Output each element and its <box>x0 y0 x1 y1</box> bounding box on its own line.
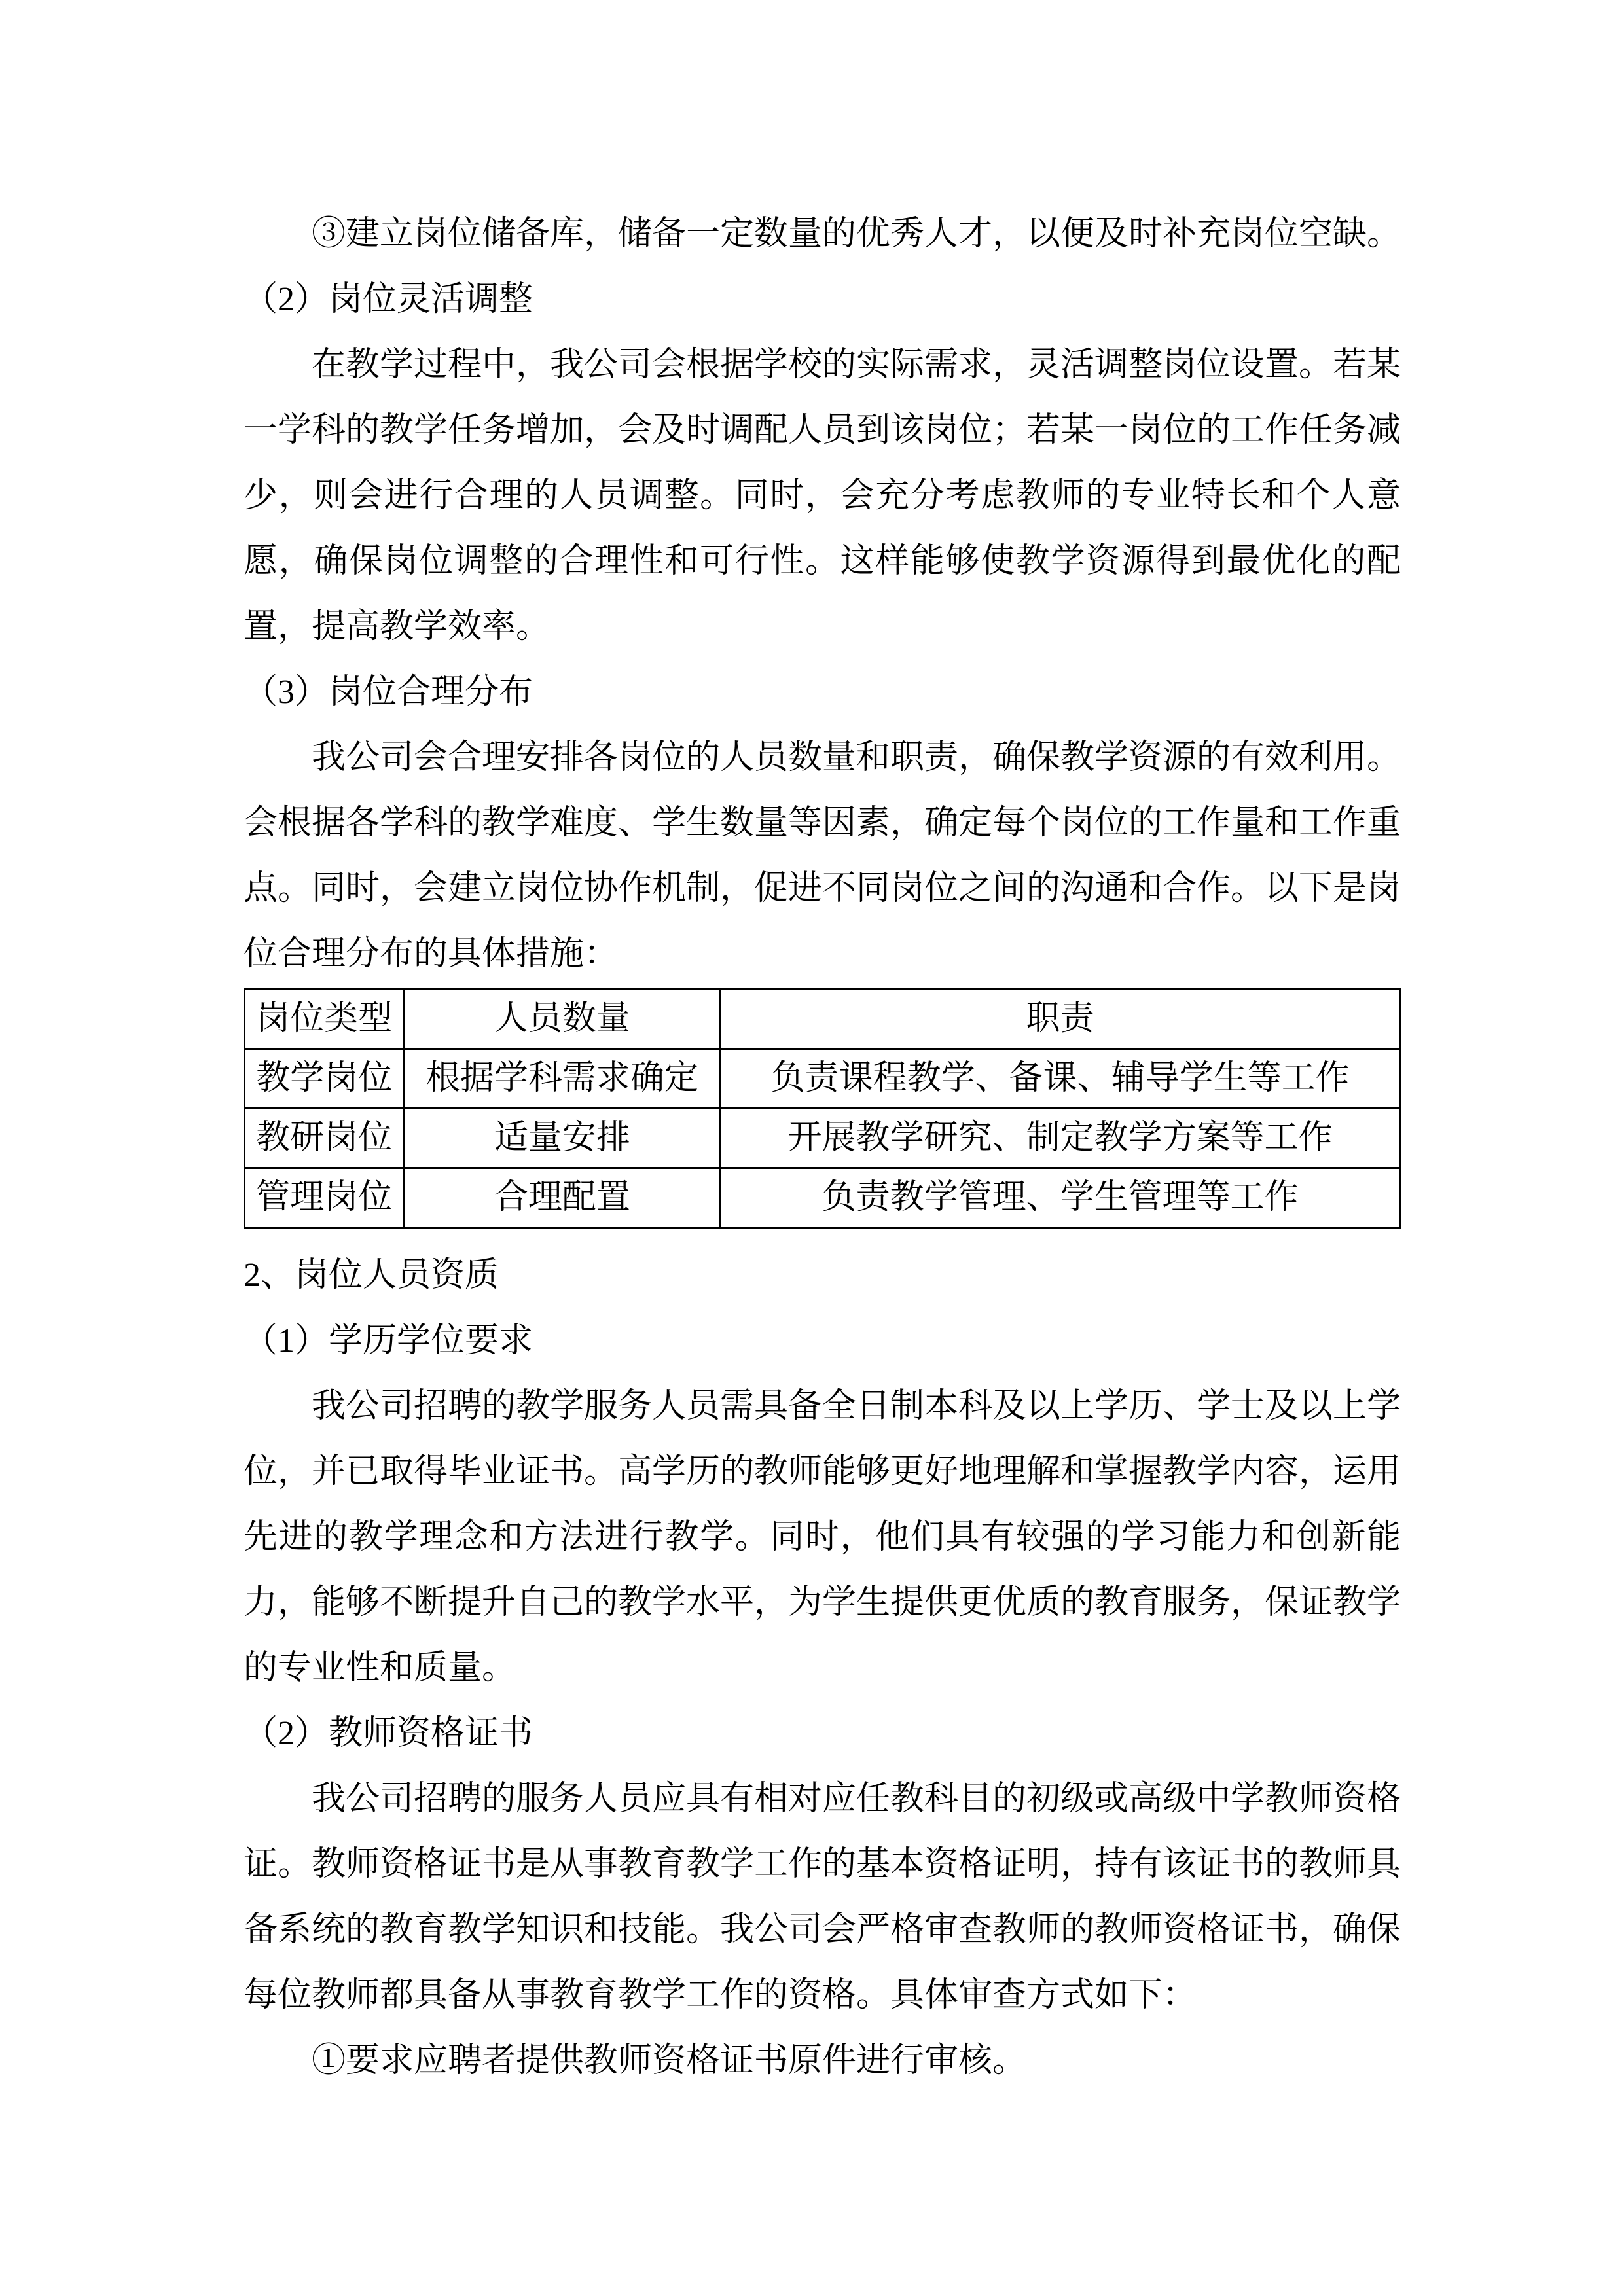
cell-duties: 开展教学研究、制定教学方案等工作 <box>721 1109 1400 1168</box>
heading-teacher-certificate: （2）教师资格证书 <box>244 1701 1401 1767</box>
document-page: ③建立岗位储备库，储备一定数量的优秀人才，以便及时补充岗位空缺。 （2）岗位灵活… <box>0 0 1624 2296</box>
cell-duties: 负责教学管理、学生管理等工作 <box>721 1168 1400 1228</box>
paragraph-reserve-pool: ③建立岗位储备库，储备一定数量的优秀人才，以便及时补充岗位空缺。 <box>244 202 1401 267</box>
cell-position-type: 教研岗位 <box>245 1109 405 1168</box>
table-row: 教研岗位 适量安排 开展教学研究、制定教学方案等工作 <box>245 1109 1400 1168</box>
cell-staff-count: 根据学科需求确定 <box>404 1049 721 1109</box>
cell-position-type: 教学岗位 <box>245 1049 405 1109</box>
paragraph-review-step-1: ①要求应聘者提供教师资格证书原件进行审核。 <box>244 2028 1401 2094</box>
paragraph-teacher-certificate: 我公司招聘的服务人员应具有相对应任教科目的初级或高级中学教师资格证。教师资格证书… <box>244 1767 1401 2028</box>
heading-personnel-qualification: 2、岗位人员资质 <box>244 1243 1401 1308</box>
heading-flexible-adjustment: （2）岗位灵活调整 <box>244 267 1401 332</box>
table-row: 教学岗位 根据学科需求确定 负责课程教学、备课、辅导学生等工作 <box>245 1049 1400 1109</box>
heading-reasonable-distribution: （3）岗位合理分布 <box>244 660 1401 725</box>
heading-education-requirement: （1）学历学位要求 <box>244 1308 1401 1374</box>
paragraph-flexible-adjustment: 在教学过程中，我公司会根据学校的实际需求，灵活调整岗位设置。若某一学科的教学任务… <box>244 332 1401 660</box>
paragraph-reasonable-distribution: 我公司会合理安排各岗位的人员数量和职责，确保教学资源的有效利用。会根据各学科的教… <box>244 725 1401 987</box>
cell-duties: 负责课程教学、备课、辅导学生等工作 <box>721 1049 1400 1109</box>
document-body: ③建立岗位储备库，储备一定数量的优秀人才，以便及时补充岗位空缺。 （2）岗位灵活… <box>244 202 1401 2094</box>
table-header-row: 岗位类型 人员数量 职责 <box>245 990 1400 1049</box>
paragraph-education-requirement: 我公司招聘的教学服务人员需具备全日制本科及以上学历、学士及以上学位，并已取得毕业… <box>244 1374 1401 1701</box>
table-row: 管理岗位 合理配置 负责教学管理、学生管理等工作 <box>245 1168 1400 1228</box>
table-header-duties: 职责 <box>721 990 1400 1049</box>
cell-staff-count: 适量安排 <box>404 1109 721 1168</box>
table-header-staff-count: 人员数量 <box>404 990 721 1049</box>
table-header-position-type: 岗位类型 <box>245 990 405 1049</box>
position-distribution-table: 岗位类型 人员数量 职责 教学岗位 根据学科需求确定 负责课程教学、备课、辅导学… <box>244 988 1401 1229</box>
cell-position-type: 管理岗位 <box>245 1168 405 1228</box>
cell-staff-count: 合理配置 <box>404 1168 721 1228</box>
